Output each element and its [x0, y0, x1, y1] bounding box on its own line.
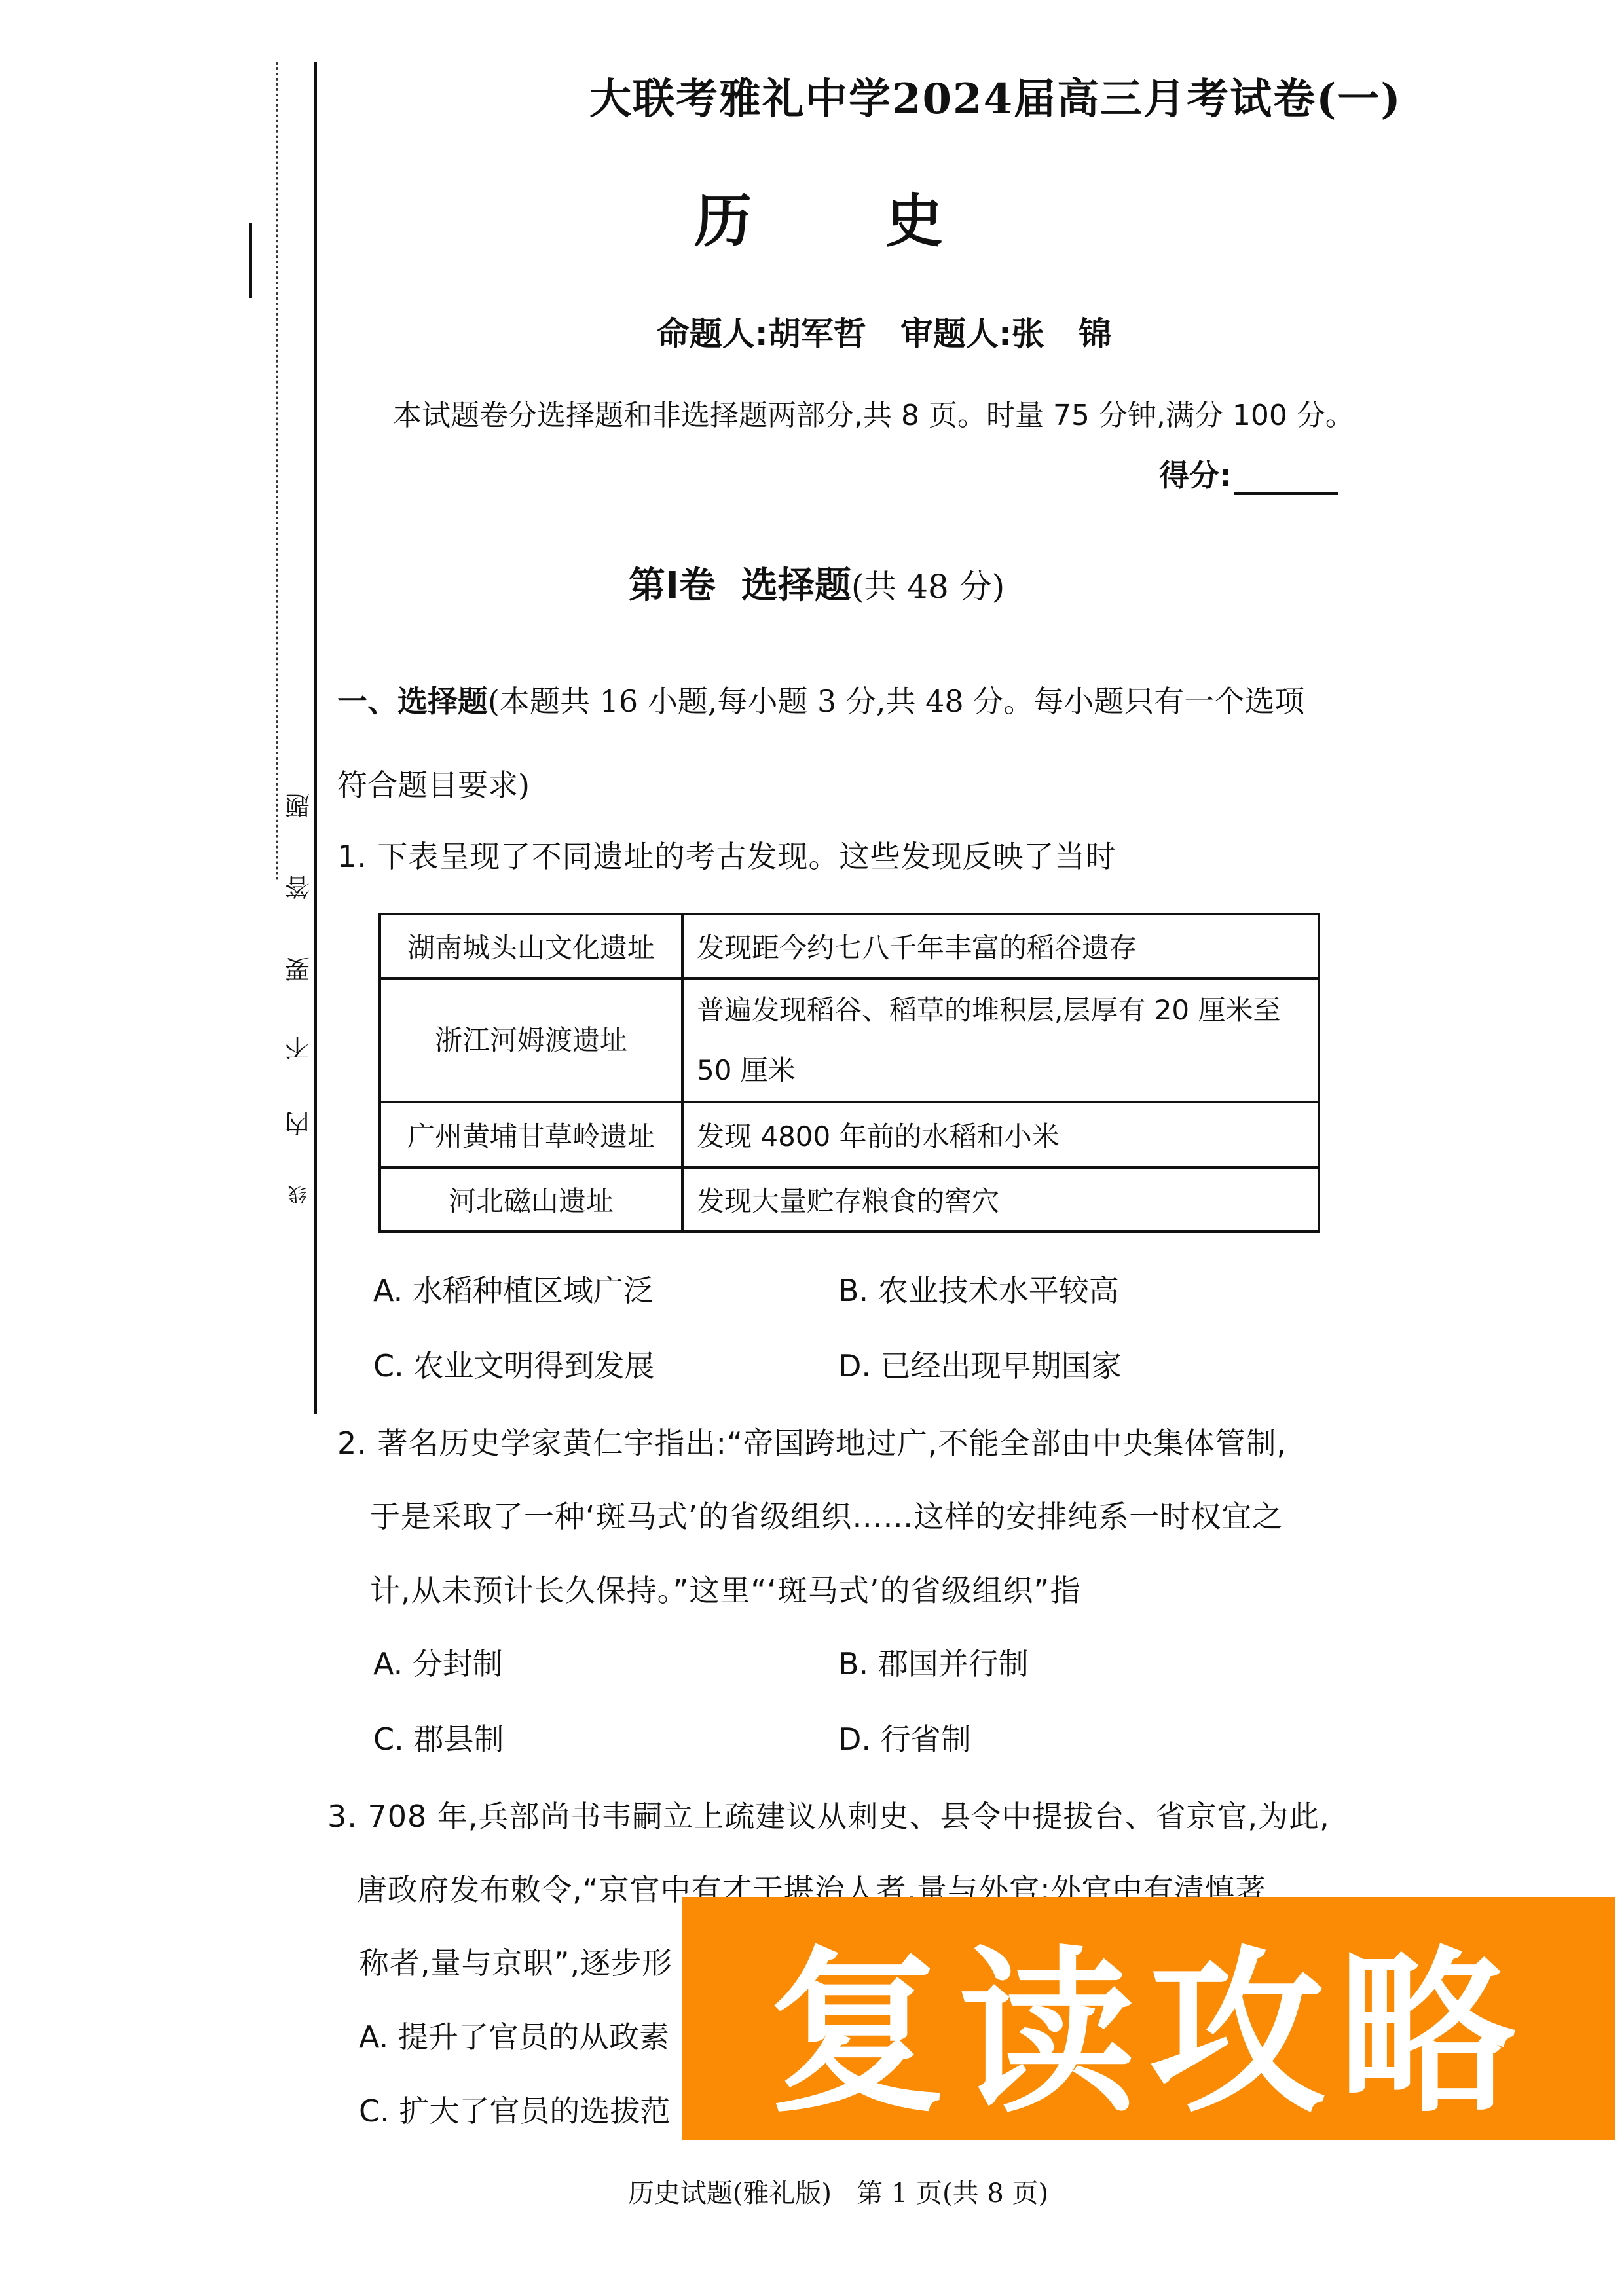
q2-option-c[interactable]: C. 郡县制 — [373, 1716, 504, 1759]
table-row: 湖南城头山文化遗址 发现距今约七八千年丰富的稻谷遗存 — [380, 914, 1319, 978]
table-row: 河北磁山遗址 发现大量贮存粮食的窖穴 — [380, 1167, 1319, 1232]
page-footer: 历史试题(雅礼版) 第 1 页(共 8 页) — [544, 2173, 1133, 2210]
score-label: 得分: — [1159, 452, 1231, 495]
q2-option-a[interactable]: A. 分封制 — [373, 1640, 503, 1683]
question-2-stem: 2. 著名历史学家黄仁宇指出:“帝国跨地过广,不能全部由中央集体管制, — [337, 1420, 1359, 1463]
q2-option-d[interactable]: D. 行省制 — [838, 1716, 971, 1759]
question-1-stem: 1. 下表呈现了不同遗址的考古发现。这些发现反映了当时 — [337, 833, 1359, 876]
seal-char: 线 — [282, 1182, 313, 1208]
table-cell-finding: 发现 4800 年前的水稻和小米 — [682, 1102, 1319, 1167]
table-row: 浙江河姆渡遗址 普遍发现稻谷、稻草的堆积层,层厚有 20 厘米至 50 厘米 — [380, 978, 1319, 1102]
section-instruction: 一、选择题(本题共 16 小题,每小题 3 分,共 48 分。每小题只有一个选项 — [337, 678, 1359, 721]
seal-char: 题 — [282, 789, 313, 825]
exam-intro: 本试题卷分选择题和非选择题两部分,共 8 页。时量 75 分钟,满分 100 分… — [393, 392, 1375, 433]
subject-char: 史 — [885, 175, 943, 258]
seal-char: 答 — [282, 871, 313, 907]
authors-line: 命题人:胡军哲 审题人:张 锦 — [589, 308, 1179, 355]
seal-char: 要 — [282, 953, 313, 989]
instruction-label: 一、选择题 — [337, 684, 488, 719]
table-row: 广州黄埔甘草岭遗址 发现 4800 年前的水稻和小米 — [380, 1102, 1319, 1167]
section-title-note: (共 48 分) — [851, 568, 1005, 606]
table-cell-finding: 发现距今约七八千年丰富的稻谷遗存 — [682, 914, 1319, 978]
table-cell-site: 广州黄埔甘草岭遗址 — [380, 1102, 682, 1167]
seal-dotted-line — [276, 62, 278, 881]
table-cell-finding: 发现大量贮存粮食的窖穴 — [682, 1167, 1319, 1232]
question-2-stem-cont: 计,从未预计长久保持。”这里“‘斑马式’的省级组织”指 — [370, 1567, 1392, 1610]
q1-option-a[interactable]: A. 水稻种植区域广泛 — [373, 1267, 654, 1310]
subject-char: 历 — [694, 175, 752, 258]
watermark-banner: 复读攻略 — [682, 1897, 1615, 2140]
table-cell-site: 浙江河姆渡遗址 — [380, 978, 682, 1102]
question-3-stem: 3. 708 年,兵部尚书韦嗣立上疏建议从刺史、县令中提拔台、省京官,为此, — [327, 1793, 1349, 1836]
binding-solid-line — [314, 62, 317, 1414]
q1-option-b[interactable]: B. 农业技术水平较高 — [838, 1267, 1119, 1310]
q3-option-a[interactable]: A. 提升了官员的从政素 — [359, 2013, 669, 2057]
q2-option-b[interactable]: B. 郡国并行制 — [838, 1640, 1029, 1683]
table-cell-finding: 普遍发现稻谷、稻草的堆积层,层厚有 20 厘米至 50 厘米 — [682, 978, 1319, 1102]
section-title-main: 第Ⅰ卷 选择题 — [629, 564, 851, 607]
section-instruction-cont: 符合题目要求) — [337, 762, 1359, 805]
table-cell-site: 湖南城头山文化遗址 — [380, 914, 682, 978]
score-blank[interactable] — [1234, 462, 1338, 495]
question-2-stem-cont: 于是采取了一种‘斑马式’的省级组织……这样的安排纯系一时权宜之 — [370, 1493, 1392, 1536]
archaeology-table: 湖南城头山文化遗址 发现距今约七八千年丰富的稻谷遗存 浙江河姆渡遗址 普遍发现稻… — [378, 913, 1320, 1233]
binding-mark — [249, 223, 252, 298]
score-field: 得分: — [1159, 452, 1338, 495]
table-cell-site: 河北磁山遗址 — [380, 1167, 682, 1232]
q1-option-d[interactable]: D. 已经出现早期国家 — [838, 1342, 1122, 1386]
instruction-text: (本题共 16 小题,每小题 3 分,共 48 分。每小题只有一个选项 — [488, 684, 1304, 719]
seal-char: 内 — [282, 1107, 313, 1143]
q3-option-c[interactable]: C. 扩大了官员的选拔范 — [359, 2087, 670, 2131]
section-title: 第Ⅰ卷 选择题(共 48 分) — [629, 557, 1153, 609]
seal-char: 不 — [282, 1031, 313, 1067]
subject-title: 历 史 — [655, 175, 982, 258]
exam-title: 大联考雅礼中学2024届高三月考试卷(一) — [589, 65, 1342, 126]
q1-option-c[interactable]: C. 农业文明得到发展 — [373, 1342, 654, 1386]
